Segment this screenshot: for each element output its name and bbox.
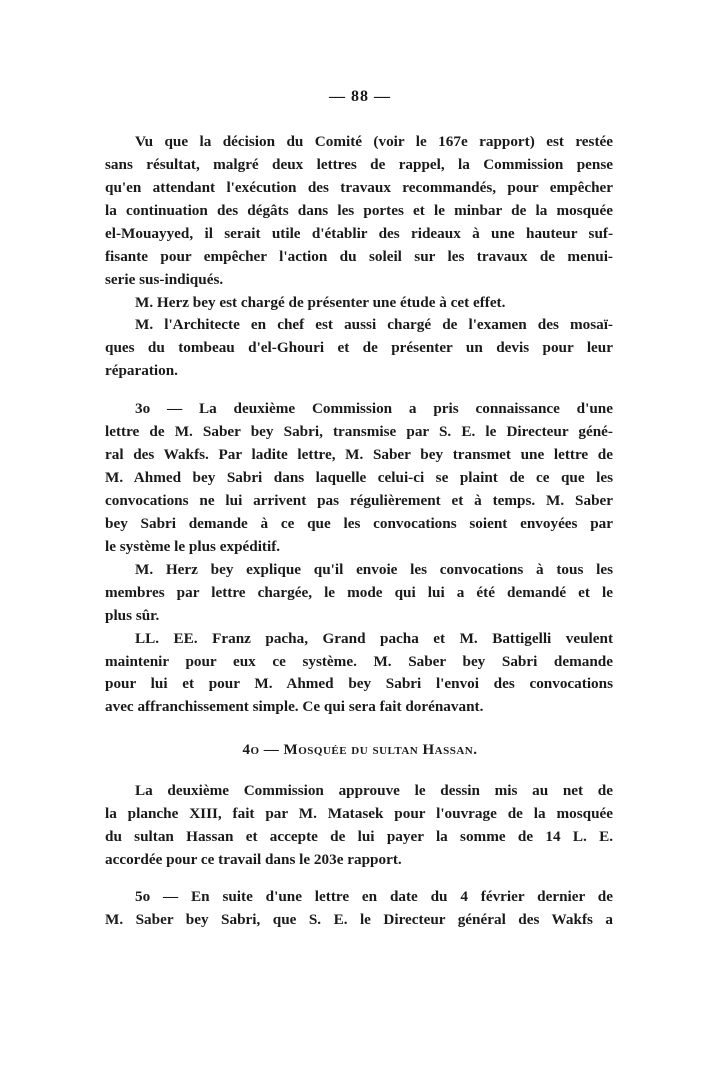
text-line: la continuation des dégâts dans les port… [105,200,613,222]
text-line: réparation. [105,360,613,382]
section-heading: 4o — Mosquée du sultan Hassan. [0,739,720,761]
text-line: ral des Wakfs. Par ladite lettre, M. Sab… [105,444,613,466]
text-line: La deuxième Commission approuve le dessi… [135,780,613,802]
text-line: 5o — En suite d'une lettre en date du 4 … [135,886,613,908]
text-line: la planche XIII, fait par M. Matasek pou… [105,803,613,825]
text-line: pour lui et pour M. Ahmed bey Sabri l'en… [105,673,613,695]
text-line: le système le plus expéditif. [105,536,613,558]
text-line: M. l'Architecte en chef est aussi chargé… [135,314,613,336]
text-line: avec affranchissement simple. Ce qui ser… [105,696,613,718]
text-line: maintenir pour eux ce système. M. Saber … [105,651,613,673]
text-line: membres par lettre chargée, le mode qui … [105,582,613,604]
text-line: du sultan Hassan et accepte de lui payer… [105,826,613,848]
text-line: M. Ahmed bey Sabri dans laquelle celui-c… [105,467,613,489]
text-line: convocations ne lui arrivent pas réguliè… [105,490,613,512]
text-line: M. Herz bey est chargé de présenter une … [135,292,613,314]
text-line: LL. EE. Franz pacha, Grand pacha et M. B… [135,628,613,650]
text-line: lettre de M. Saber bey Sabri, transmise … [105,421,613,443]
page-number: — 88 — [0,88,720,106]
text-line: qu'en attendant l'exécution des travaux … [105,177,613,199]
text-line: accordée pour ce travail dans le 203e ra… [105,849,613,871]
text-line: fisante pour empêcher l'action du soleil… [105,246,613,268]
text-line: plus sûr. [105,605,613,627]
text-line: Vu que la décision du Comité (voir le 16… [135,131,613,153]
text-line: bey Sabri demande à ce que les convocati… [105,513,613,535]
text-line: serie sus-indiqués. [105,269,613,291]
text-line: sans résultat, malgré deux lettres de ra… [105,154,613,176]
text-line: 3o — La deuxième Commission a pris conna… [135,398,613,420]
text-line: M. Saber bey Sabri, que S. E. le Directe… [105,909,613,931]
text-line: ques du tombeau d'el-Ghouri et de présen… [105,337,613,359]
text-line: el-Mouayyed, il serait utile d'établir d… [105,223,613,245]
text-line: M. Herz bey explique qu'il envoie les co… [135,559,613,581]
